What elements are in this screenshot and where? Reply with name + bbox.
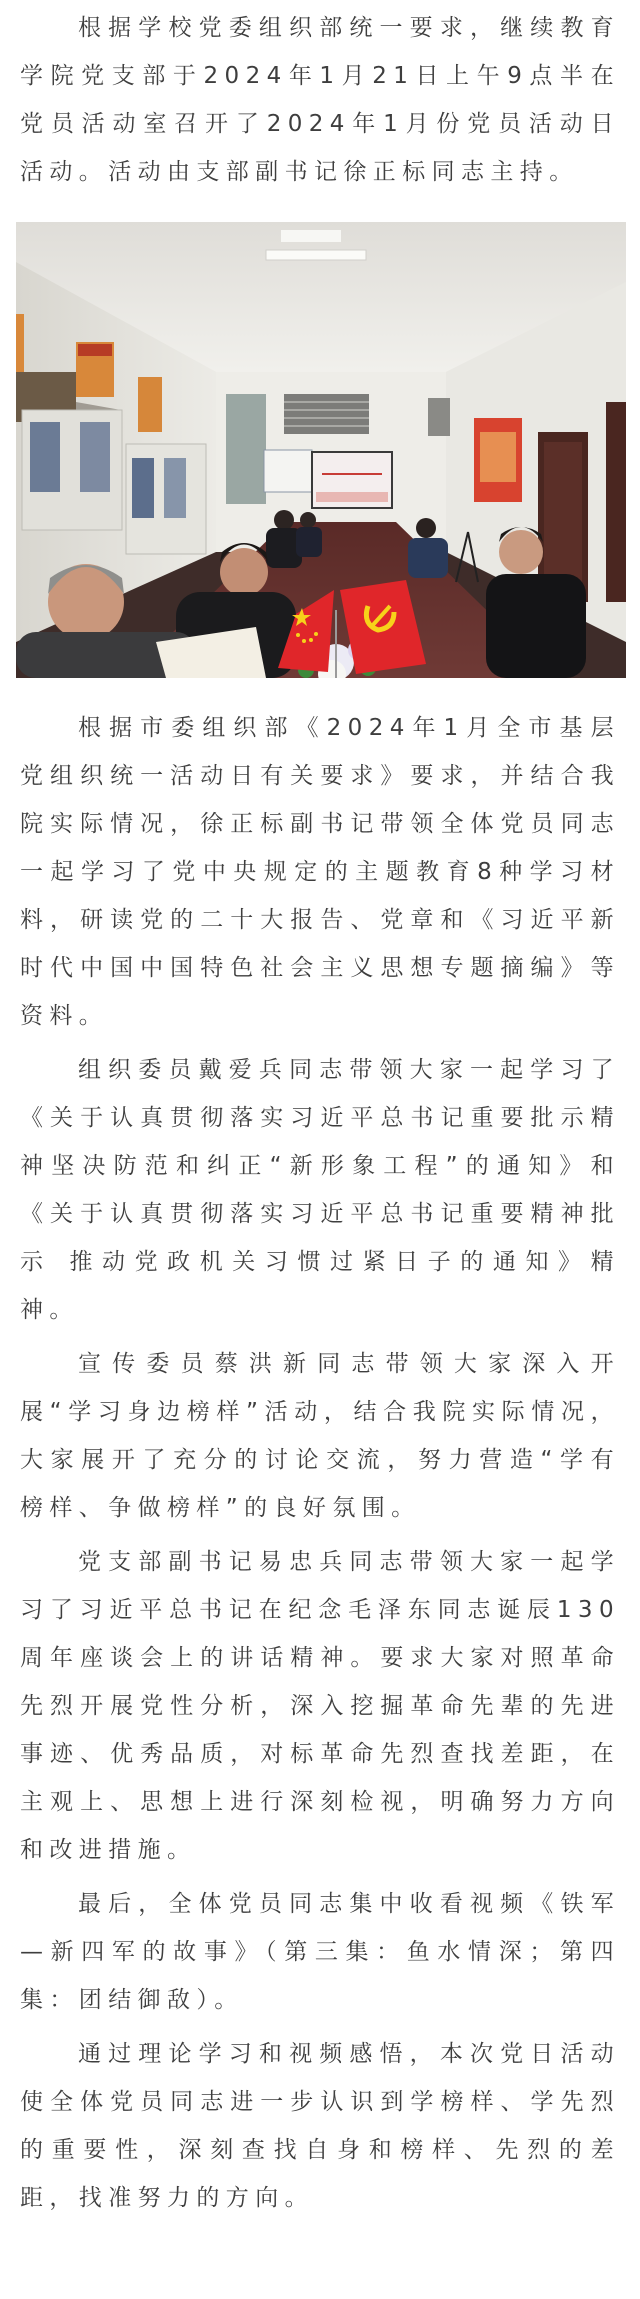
article-body: 根据学校党委组织部统一要求，继续教育学院党支部于2024年1月21日上午9点半在… [20, 4, 620, 2228]
organization-committee-paragraph: 组织委员戴爱兵同志带领大家一起学习了《关于认真贯彻落实习近平总书记重要批示精神坚… [20, 1046, 620, 1334]
publicity-committee-paragraph: 宣传委员蔡洪新同志带领大家深入开展“学习身边榜样”活动，结合我院实际情况，大家展… [20, 1340, 620, 1532]
deputy-secretary-paragraph: 党支部副书记易忠兵同志带领大家一起学习了习近平总书记在纪念毛泽东同志诞辰130周… [20, 1538, 620, 1874]
conclusion-paragraph: 通过理论学习和视频感悟，本次党日活动使全体党员同志进一步认识到学榜样、学先烈的重… [20, 2030, 620, 2222]
video-viewing-paragraph: 最后，全体党员同志集中收看视频《铁军—新四军的故事》（第三集：鱼水情深；第四集：… [20, 1880, 620, 2024]
study-materials-paragraph: 根据市委组织部《2024年1月全市基层党组织统一活动日有关要求》要求，并结合我院… [20, 704, 620, 1040]
intro-paragraph: 根据学校党委组织部统一要求，继续教育学院党支部于2024年1月21日上午9点半在… [20, 4, 620, 196]
meeting-photo: 党员活动日会议现场照片：会议室内党员围坐会议桌学习，桌上摆放国旗与党旗及鲜花，墙… [16, 222, 626, 678]
